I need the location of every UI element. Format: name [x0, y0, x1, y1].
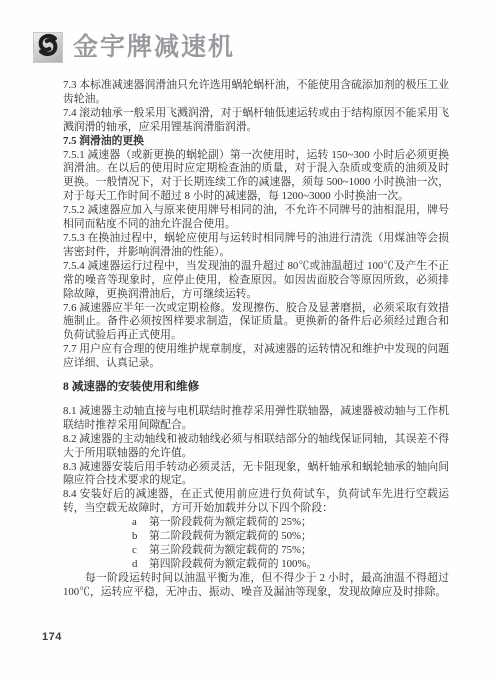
paragraph-8-1: 8.1 减速器主动轴直接与电机联结时推荐采用弹性联轴器，减速器被动轴与工作机联结…: [63, 405, 449, 433]
load-stage-d: d第四阶段载荷为额定载荷的 100%。: [132, 558, 449, 572]
paragraph-7-6: 7.6 减速器应半年一次或定期检修。发现擦伤、胶合及显著磨损，必须采取有效措施制…: [63, 302, 449, 344]
brand-logo: [33, 32, 63, 63]
stage-label-a: a: [132, 516, 140, 530]
paragraph-7-5-2: 7.5.2 减速器应加入与原来使用牌号相同的油，不允许不同牌号的油相混用，牌号相…: [63, 204, 449, 232]
paragraph-7-5-4: 7.5.4 减速器运行过程中，当发现油的温升超过 80℃或油温超过 100℃及产…: [63, 260, 449, 302]
paragraph-final: 每一阶段运转时间以油温平衡为准，但不得少于 2 小时，最高油温不得超过 100℃…: [63, 572, 449, 600]
paragraph-8-3: 8.3 减速器安装后用手转动必须灵活，无卡阻现象，蜗杆轴承和蜗轮轴承的轴向间隙应…: [63, 461, 449, 489]
jinyu-swirl-icon: [35, 32, 61, 63]
stage-label-b: b: [132, 530, 140, 544]
stage-text-a: 第一阶段载荷为额定载荷的 25%；: [149, 516, 312, 528]
load-stage-list: a第一阶段载荷为额定载荷的 25%； b第二阶段载荷为额定载荷的 50%； c第…: [63, 516, 449, 572]
load-stage-c: c第三阶段载荷为额定载荷的 75%；: [132, 544, 449, 558]
stage-label-c: c: [132, 544, 140, 558]
page-header: 金宇牌减速机: [33, 32, 235, 63]
paragraph-7-3: 7.3 本标准减速器润滑油只允许选用蜗轮蜗杆油，不能使用含硫添加剂的极压工业齿轮…: [63, 79, 449, 107]
load-stage-a: a第一阶段载荷为额定载荷的 25%；: [132, 516, 449, 530]
document-content: 7.3 本标准减速器润滑油只允许选用蜗轮蜗杆油，不能使用含硫添加剂的极压工业齿轮…: [63, 79, 449, 600]
stage-label-d: d: [132, 558, 140, 572]
paragraph-8-4: 8.4 安装好后的减速器，在正式使用前应进行负荷试车，负荷试车先进行空载运转，当…: [63, 488, 449, 516]
stage-text-b: 第二阶段载荷为额定载荷的 50%；: [149, 530, 312, 542]
stage-text-d: 第四阶段载荷为额定载荷的 100%。: [149, 558, 317, 570]
stage-text-c: 第三阶段载荷为额定载荷的 75%；: [149, 544, 312, 556]
document-page: 金宇牌减速机 7.3 本标准减速器润滑油只允许选用蜗轮蜗杆油，不能使用含硫添加剂…: [0, 0, 500, 678]
page-number: 174: [42, 631, 62, 643]
paragraph-7-5-3: 7.5.3 在换油过程中，蜗轮应使用与运转时相同牌号的油进行清洗（用煤油等会损害…: [63, 232, 449, 260]
load-stage-b: b第二阶段载荷为额定载荷的 50%；: [132, 530, 449, 544]
section-heading-8: 8 减速器的安装使用和维修: [63, 380, 449, 394]
paragraph-8-2: 8.2 减速器的主动轴线和被动轴线必须与相联结部分的轴线保证同轴，其误差不得大于…: [63, 433, 449, 461]
brand-title: 金宇牌减速机: [73, 35, 235, 60]
paragraph-7-5-1: 7.5.1 减速器（或新更换的蜗轮副）第一次使用时，运转 150~300 小时后…: [63, 149, 449, 205]
paragraph-7-4: 7.4 滚动轴承一般采用飞溅润滑，对于蜗杆轴低速运转或由于结构原因不能采用飞溅润…: [63, 107, 449, 135]
heading-7-5: 7.5 润滑油的更换: [63, 135, 449, 149]
paragraph-7-7: 7.7 用户应有合理的使用维护规章制度，对减速器的运转情况和维护中发现的问题应详…: [63, 343, 449, 371]
